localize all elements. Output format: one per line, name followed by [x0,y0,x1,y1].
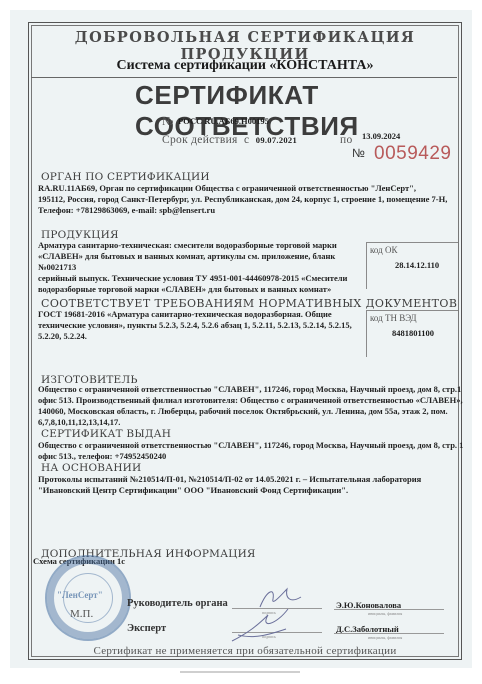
text-line: технические условия», пункты 5.2.3, 5.2.… [38,320,368,331]
manufacturer-text: Общество с ограниченной ответственностью… [38,384,456,428]
seal-text: "ЛенСерт" [57,590,103,600]
text-line: 195112, Россия, город Санкт-Петербург, у… [38,194,456,205]
text-line: Общество с ограниченной ответственностью… [38,384,456,395]
to-label: по [340,134,353,146]
validity-row: Срок действия с 09.07.2021 [162,134,297,146]
conformity-text: ГОСТ 19681-2016 «Арматура санитарно-техн… [38,309,368,342]
from-label: с [244,134,249,146]
head-name-caption: инициалы, фамилия [368,611,402,616]
text-line: 140060, Московская область, г. Люберцы, … [38,406,456,417]
page-title: СЕРТИФИКАТ СООТВЕТСТВИЯ [135,80,482,142]
head-role: Руководитель органа [127,598,228,609]
certification-body-text: RA.RU.11АБ69, Орган по сертификации Обще… [38,183,456,216]
footer-note: Сертификат не применяется при обязательн… [31,645,459,657]
issued-to-text: Общество с ограниченной ответственностью… [38,440,456,462]
text-line: офис 513., телефон: +74952450240 [38,451,456,462]
okpd-code-value: 28.14.12.110 [395,260,439,270]
text-line: №0021713 [38,262,368,273]
header-divider [31,77,457,78]
product-text: Арматура санитарно-техническая: смесител… [38,240,368,295]
head-name-line [334,609,444,610]
text-line: Арматура санитарно-техническая: смесител… [38,240,368,251]
from-date: 09.07.2021 [256,135,297,145]
print-imprint [180,671,300,673]
basis-text: Протоколы испытаний №210514/П-01, №21051… [38,474,456,496]
text-line: Телефон: +78129863069, e-mail: spb@lense… [38,205,456,216]
text-line: 6,7,8,10,11,12,13,14,17. [38,417,456,428]
text-line: водоразборные торговой марки «СЛАВЕН» дл… [38,284,368,295]
to-date: 13.09.2024 [362,131,400,141]
expert-name-line [334,633,444,634]
text-line: "Ивановский Центр Сертификации" ООО "Ива… [38,485,456,496]
certification-system: Система сертификации «КОНСТАНТА» [31,58,459,74]
text-line: Общество с ограниченной ответственностью… [38,440,456,451]
basis-heading: НА ОСНОВАНИИ [41,462,141,474]
certification-body-heading: ОРГАН ПО СЕРТИФИКАЦИИ [41,171,210,183]
expert-name-caption: инициалы, фамилия [368,635,402,640]
text-line: Протоколы испытаний №210514/П-01, №21051… [38,474,456,485]
tnved-code-label: код ТН ВЭД [370,313,417,323]
text-line: офис 513. Производственный филиал изгото… [38,395,456,406]
okpd-code-box: код ОК 28.14.12.110 [366,242,458,289]
text-line: 5.2.20, 5.2.24. [38,331,368,342]
expert-signature-icon [228,605,298,645]
expert-role: Эксперт [127,623,166,634]
mp-label: М.П. [70,608,93,620]
blank-number: 0059429 [374,143,451,165]
certificate-number: РОСС RU.АБ69.Н00195 [178,116,269,126]
blank-number-label: № [352,146,365,160]
number-label: № [162,114,173,129]
seal-stamp-icon: "ЛенСерт" [45,555,131,641]
issued-to-heading: СЕРТИФИКАТ ВЫДАН [41,428,171,440]
text-line: серийный выпуск. Технические условия ТУ … [38,273,368,284]
tnved-code-value: 8481801100 [392,328,434,338]
tnved-code-box: код ТН ВЭД 8481801100 [366,310,458,357]
text-line: RA.RU.11АБ69, Орган по сертификации Обще… [38,183,456,194]
okpd-code-label: код ОК [370,245,398,255]
to-row: по [340,134,353,146]
text-line: «СЛАВЕН» для бытовых и ванных комнат, ар… [38,251,368,262]
validity-label: Срок действия [162,134,238,146]
text-line: ГОСТ 19681-2016 «Арматура санитарно-техн… [38,309,368,320]
